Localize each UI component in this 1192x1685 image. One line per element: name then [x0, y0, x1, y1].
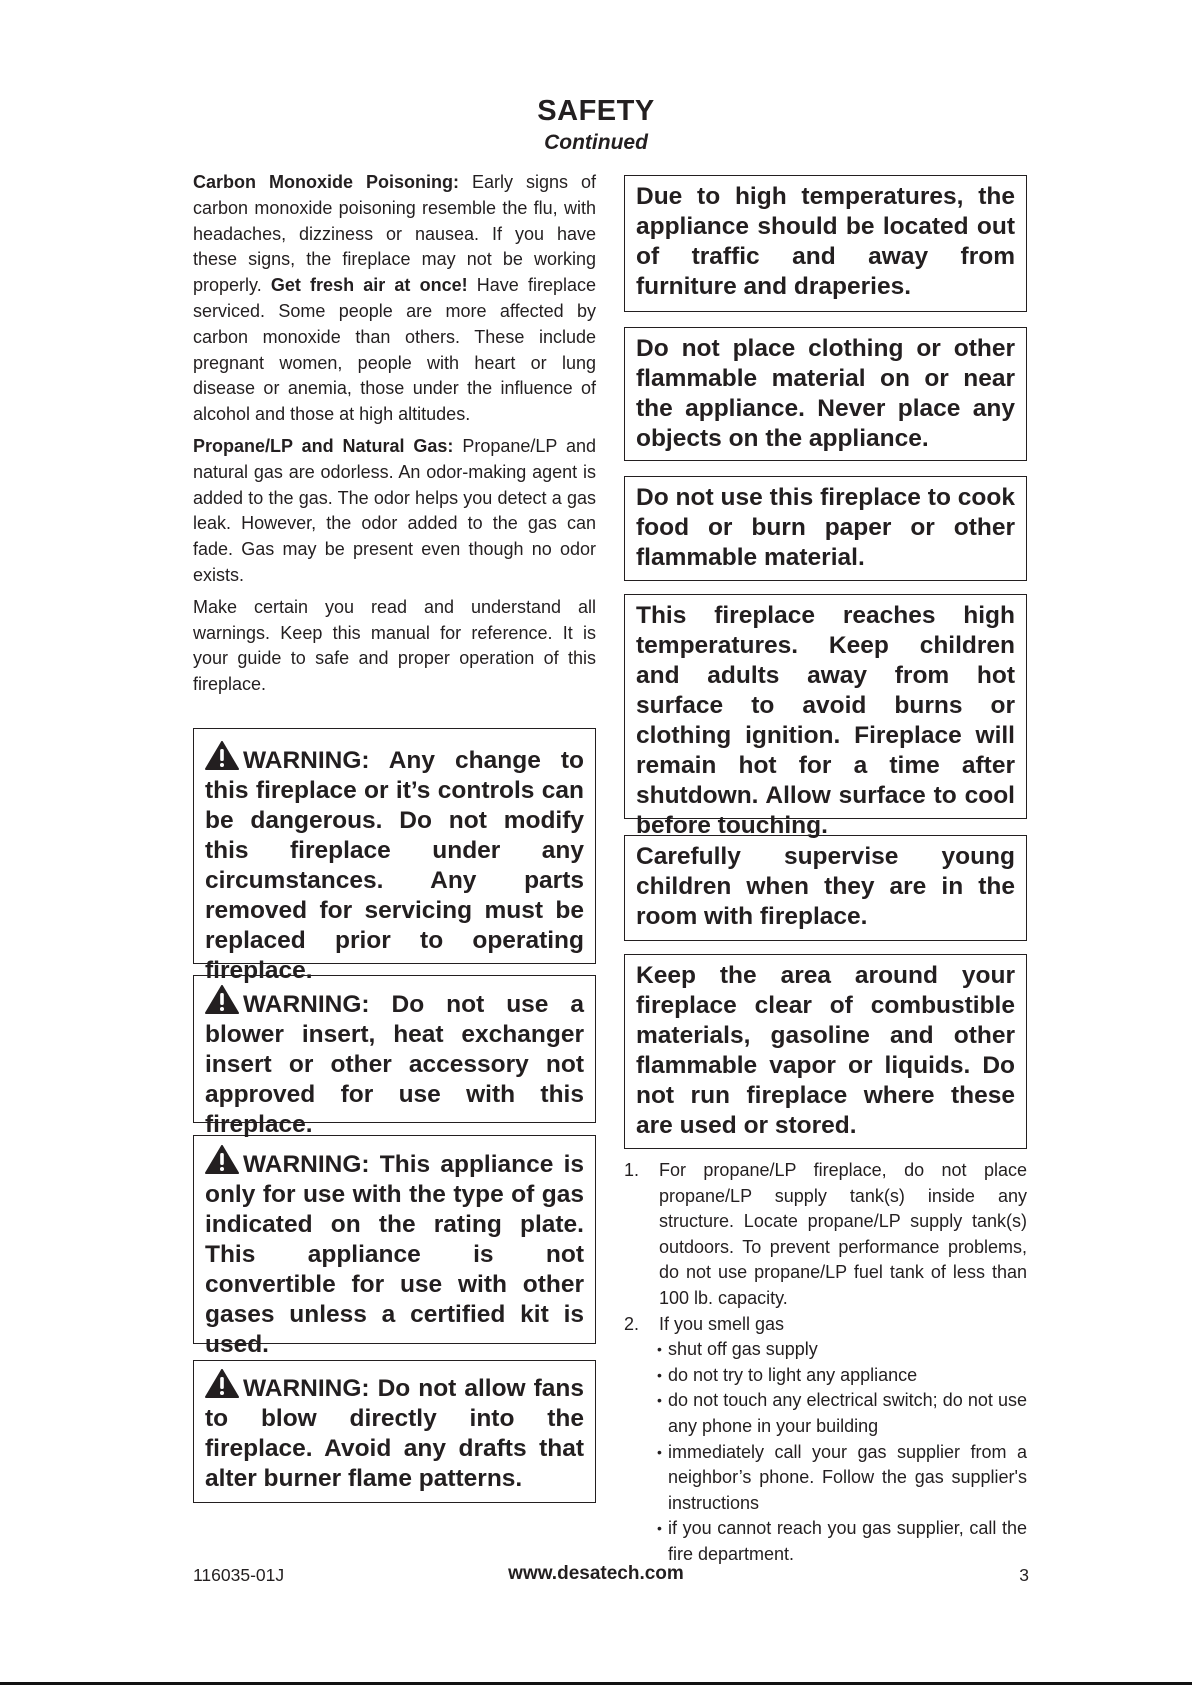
warning-label: WARNING: [243, 1375, 370, 1402]
propane-gas-paragraph: Propane/LP and Natural Gas: Propane/LP a… [193, 434, 596, 589]
warning-triangle-icon [205, 741, 239, 770]
bullet-item: shut off gas supply [659, 1337, 1027, 1363]
warning-triangle-icon [205, 985, 239, 1014]
warning-box-modification: WARNING: Any change to this fireplace or… [193, 728, 596, 964]
bullet-item: do not touch any electrical switch; do n… [659, 1388, 1027, 1439]
notice-box-location: Due to high temperatures, the appliance … [624, 175, 1027, 312]
notice-box-hot-surface: This fireplace reaches high temperatures… [624, 594, 1027, 819]
page-title: SAFETY [0, 95, 1192, 128]
paragraph-emphasis: Get fresh air at once! [271, 275, 468, 295]
carbon-monoxide-paragraph: Carbon Monoxide Poisoning: Early signs o… [193, 170, 596, 428]
list-item: 2. If you smell gas shut off gas supply … [624, 1312, 1027, 1568]
notice-box-supervise-children: Carefully supervise young children when … [624, 835, 1027, 941]
warning-label: WARNING: [243, 747, 370, 774]
warning-triangle-icon [205, 1369, 239, 1398]
warning-box-accessory: WARNING: Do not use a blower insert, hea… [193, 975, 596, 1123]
bullet-list: shut off gas supply do not try to light … [659, 1337, 1027, 1567]
safety-numbered-list: 1. For propane/LP fireplace, do not plac… [624, 1158, 1027, 1568]
warning-label: WARNING: [243, 1151, 370, 1178]
warning-box-gas-type: WARNING: This appliance is only for use … [193, 1135, 596, 1344]
warning-label: WARNING: [243, 991, 370, 1018]
warning-triangle-icon [205, 1145, 239, 1174]
page-subtitle: Continued [0, 131, 1192, 155]
warning-box-fans: WARNING: Do not allow fans to blow direc… [193, 1360, 596, 1503]
left-column: Carbon Monoxide Poisoning: Early signs o… [193, 170, 596, 704]
page-number: 3 [1019, 1565, 1029, 1586]
paragraph-lead: Carbon Monoxide Poisoning: [193, 172, 459, 192]
list-number: 2. [624, 1312, 639, 1338]
list-number: 1. [624, 1158, 639, 1184]
list-item: 1. For propane/LP fireplace, do not plac… [624, 1158, 1027, 1312]
bullet-item: do not try to light any appliance [659, 1363, 1027, 1389]
bullet-item: immediately call your gas supplier from … [659, 1440, 1027, 1517]
notice-box-combustibles: Keep the area around your fireplace clea… [624, 954, 1027, 1149]
notice-box-clothing: Do not place clothing or other flammable… [624, 327, 1027, 461]
paragraph-lead: Propane/LP and Natural Gas: [193, 436, 453, 456]
notice-box-cooking: Do not use this fireplace to cook food o… [624, 476, 1027, 581]
bullet-item: if you cannot reach you gas supplier, ca… [659, 1516, 1027, 1567]
read-warnings-paragraph: Make certain you read and understand all… [193, 595, 596, 698]
website-link[interactable]: www.desatech.com [0, 1563, 1192, 1585]
